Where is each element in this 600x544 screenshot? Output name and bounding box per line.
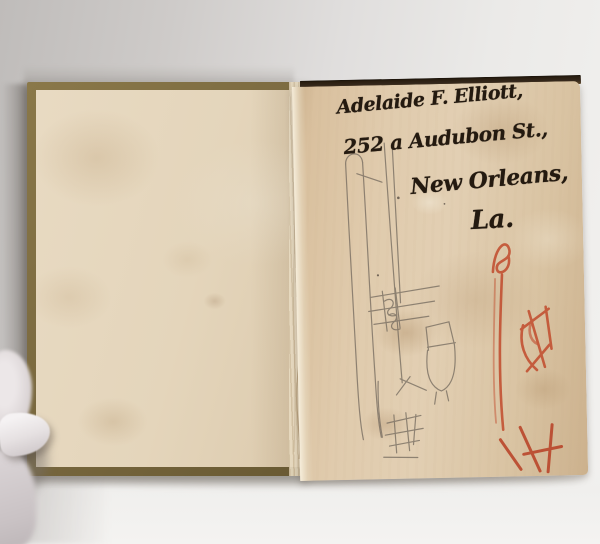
book-left-cover [27,82,311,476]
pastedown-page [36,90,311,467]
red-crayon-doodles [292,81,588,481]
book-right-page: Adelaide F. Elliott, 252 a Audubon St., … [292,73,588,481]
photograph-antique-book: Adelaide F. Elliott, 252 a Audubon St., … [0,0,600,544]
